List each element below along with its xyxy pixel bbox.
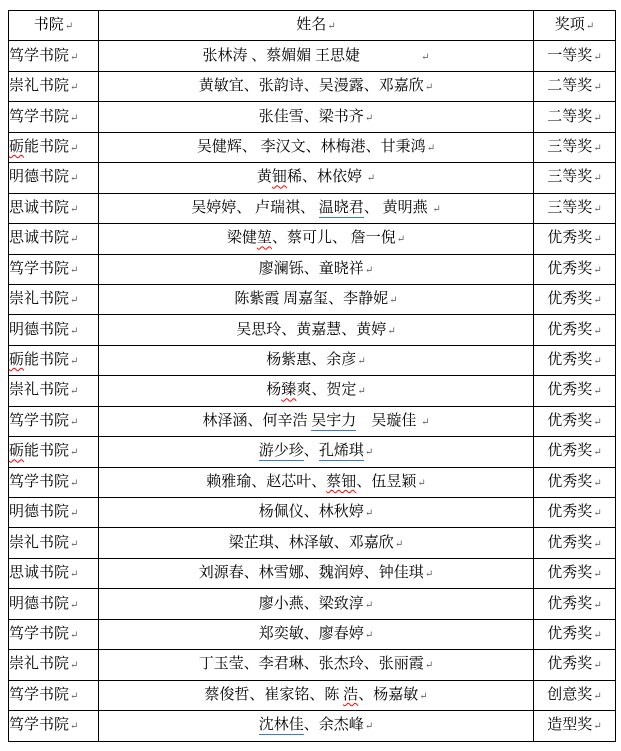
name-segment: 吴思玲、黄嘉慧、黄婷	[236, 322, 386, 338]
names-text: 杨臻爽、贺定	[266, 382, 356, 398]
college-text: 崇礼书院	[9, 382, 69, 398]
table-row: 崇礼书院↵ 梁芷琪、林泽敏、邓嘉欣↵ 优秀奖↵	[9, 528, 616, 558]
award-text: 一等奖	[547, 48, 592, 64]
awards-table-header: 书院↵ 姓名↵ 奖项↵	[9, 11, 616, 41]
name-segment-red: 钿	[272, 169, 287, 185]
name-segment: 、	[304, 443, 319, 459]
award-cell: 优秀奖↵	[534, 345, 616, 375]
paragraph-mark-icon: ↵	[70, 234, 78, 245]
table-row: 笃学书院↵ 蔡俊哲、崔家铭、陈 浩、杨嘉敏↵ 创意奖↵	[9, 680, 616, 710]
paragraph-mark-icon: ↵	[367, 173, 375, 184]
name-segment: 吴健辉、 李汉文、林梅港、甘秉鸿	[197, 139, 426, 155]
college-cell: 明德书院↵	[9, 589, 99, 619]
name-segment: 刘源春、林雪娜、魏润婷、钟佳琪	[199, 565, 424, 581]
names-cell: 杨佩仪、林秋婷↵	[99, 498, 534, 528]
paragraph-mark-icon: ↵	[593, 52, 601, 63]
name-segment: 明德书院	[9, 596, 69, 612]
award-text: 三等奖	[547, 139, 592, 155]
name-segment: 能书院	[24, 443, 69, 459]
college-text: 明德书院	[9, 169, 69, 185]
paragraph-mark-icon: ↵	[365, 447, 373, 458]
name-segment: 思诚书院	[9, 200, 69, 216]
paragraph-mark-icon: ↵	[427, 143, 435, 154]
college-text: 笃学书院	[9, 261, 69, 277]
paragraph-mark-icon: ↵	[70, 326, 78, 337]
name-segment: 崇礼书院	[9, 382, 69, 398]
names-cell: 蔡俊哲、崔家铭、陈 浩、杨嘉敏↵	[99, 680, 534, 710]
table-row: 明德书院↵ 廖小燕、梁致淳↵ 优秀奖↵	[9, 589, 616, 619]
paragraph-mark-icon: ↵	[593, 417, 601, 428]
name-segment: 张佳雪、梁书齐	[259, 109, 364, 125]
college-cell: 笃学书院↵	[9, 711, 99, 741]
paragraph-mark-icon: ↵	[593, 295, 601, 306]
paragraph-mark-icon: ↵	[327, 21, 335, 32]
award-text: 优秀奖	[547, 443, 592, 459]
name-segment: 笃学书院	[9, 717, 69, 733]
paragraph-mark-icon: ↵	[70, 478, 78, 489]
table-row: 崇礼书院↵ 丁玉莹、李君琳、张杰玲、张丽霞↵ 优秀奖↵	[9, 650, 616, 680]
name-segment: 笃学书院	[9, 687, 69, 703]
name-segment-red: 砺	[9, 443, 24, 459]
college-cell: 崇礼书院↵	[9, 376, 99, 406]
name-segment-blue: 孔烯琪	[319, 443, 364, 461]
name-segment: 、伍昱颖	[356, 474, 416, 490]
paragraph-mark-icon: ↵	[65, 21, 73, 32]
paragraph-mark-icon: ↵	[593, 630, 601, 641]
name-segment: 赖雅瑜、赵芯叶、	[206, 474, 326, 490]
college-text: 明德书院	[9, 322, 69, 338]
name-segment: 能书院	[24, 352, 69, 368]
award-cell: 优秀奖↵	[534, 589, 616, 619]
name-segment: 郑奕敏、廖春婷	[259, 626, 364, 642]
paragraph-mark-icon: ↵	[419, 691, 427, 702]
names-text: 陈紫霞 周嘉玺、李静妮	[234, 291, 388, 307]
names-cell: 丁玉莹、李君琳、张杰玲、张丽霞↵	[99, 650, 534, 680]
table-row: 笃学书院↵ 郑奕敏、廖春婷↵ 优秀奖↵	[9, 619, 616, 649]
paragraph-mark-icon: ↵	[70, 691, 78, 702]
name-segment-red: 臻	[281, 382, 296, 398]
header-award: 奖项↵	[534, 11, 616, 41]
college-text: 笃学书院	[9, 626, 69, 642]
paragraph-mark-icon: ↵	[593, 569, 601, 580]
name-segment: 黄敏宜、张韵诗、吴漫露、邓嘉欣	[199, 78, 424, 94]
name-segment: 、余杰峰	[304, 717, 364, 733]
names-cell: 郑奕敏、廖春婷↵	[99, 619, 534, 649]
paragraph-mark-icon: ↵	[593, 478, 601, 489]
college-text: 思诚书院	[9, 230, 69, 246]
names-cell: 陈紫霞 周嘉玺、李静妮↵	[99, 284, 534, 314]
paragraph-mark-icon: ↵	[70, 356, 78, 367]
name-segment: 笃学书院	[9, 474, 69, 490]
document-page: 书院↵ 姓名↵ 奖项↵ 笃学书院↵ 张林涛 、蔡媚媚 王思婕 ↵ 一等奖↵ 崇礼…	[0, 0, 621, 751]
names-text: 廖小燕、梁致淳	[259, 596, 364, 612]
paragraph-mark-icon: ↵	[70, 569, 78, 580]
name-segment: 笃学书院	[9, 261, 69, 277]
award-cell: 优秀奖↵	[534, 315, 616, 345]
name-segment: 蔡俊哲、崔家铭、陈	[204, 687, 343, 703]
name-segment: 廖澜铄、童晓祥	[259, 261, 364, 277]
table-row: 明德书院↵ 黄钿稀、林依婷 ↵ 三等奖↵	[9, 163, 616, 193]
names-cell: 张佳雪、梁书齐↵	[99, 102, 534, 132]
award-text: 优秀奖	[547, 504, 592, 520]
award-text: 优秀奖	[547, 261, 592, 277]
table-row: 崇礼书院↵ 黄敏宜、张韵诗、吴漫露、邓嘉欣↵ 二等奖↵	[9, 71, 616, 101]
paragraph-mark-icon: ↵	[593, 539, 601, 550]
college-text: 砺能书院	[9, 139, 69, 155]
award-cell: 优秀奖↵	[534, 558, 616, 588]
names-text: 郑奕敏、廖春婷	[259, 626, 364, 642]
award-cell: 优秀奖↵	[534, 467, 616, 497]
name-segment-red: 砺	[9, 139, 24, 155]
table-row: 明德书院↵ 吴思玲、黄嘉慧、黄婷↵ 优秀奖↵	[9, 315, 616, 345]
college-cell: 砺能书院↵	[9, 437, 99, 467]
paragraph-mark-icon: ↵	[387, 326, 395, 337]
college-text: 砺能书院	[9, 443, 69, 459]
name-segment: 林泽涵、何辛浩	[203, 413, 312, 429]
names-cell: 吴思玲、黄嘉慧、黄婷↵	[99, 315, 534, 345]
name-segment: 丁玉莹、李君琳、张杰玲、张丽霞	[199, 656, 424, 672]
college-cell: 思诚书院↵	[9, 193, 99, 223]
award-cell: 三等奖↵	[534, 163, 616, 193]
college-text: 崇礼书院	[9, 535, 69, 551]
award-cell: 优秀奖↵	[534, 650, 616, 680]
paragraph-mark-icon: ↵	[593, 173, 601, 184]
table-row: 笃学书院↵ 廖澜铄、童晓祥↵ 优秀奖↵	[9, 254, 616, 284]
names-text: 黄钿稀、林依婷	[257, 169, 366, 185]
paragraph-mark-icon: ↵	[421, 52, 429, 63]
paragraph-mark-icon: ↵	[70, 113, 78, 124]
paragraph-mark-icon: ↵	[70, 600, 78, 611]
award-cell: 优秀奖↵	[534, 528, 616, 558]
college-text: 明德书院	[9, 596, 69, 612]
award-text: 创意奖	[547, 687, 592, 703]
award-text: 优秀奖	[547, 626, 592, 642]
names-cell: 梁健堃、蔡可儿、 詹一倪↵	[99, 224, 534, 254]
names-cell: 廖小燕、梁致淳↵	[99, 589, 534, 619]
header-award-label: 奖项	[555, 17, 585, 33]
college-text: 明德书院	[9, 504, 69, 520]
table-row: 思诚书院↵ 刘源春、林雪娜、魏润婷、钟佳琪↵ 优秀奖↵	[9, 558, 616, 588]
name-segment: 笃学书院	[9, 626, 69, 642]
college-text: 笃学书院	[9, 717, 69, 733]
name-segment: 笃学书院	[9, 413, 69, 429]
table-row: 砺能书院↵ 游少珍、孔烯琪↵ 优秀奖↵	[9, 437, 616, 467]
award-text: 优秀奖	[547, 291, 592, 307]
names-text: 梁芷琪、林泽敏、邓嘉欣	[229, 535, 394, 551]
names-text: 丁玉莹、李君琳、张杰玲、张丽霞	[199, 656, 424, 672]
award-cell: 优秀奖↵	[534, 376, 616, 406]
name-segment-red: 浩	[343, 687, 358, 703]
college-cell: 明德书院↵	[9, 498, 99, 528]
names-cell: 张林涛 、蔡媚媚 王思婕 ↵	[99, 41, 534, 71]
college-text: 崇礼书院	[9, 291, 69, 307]
award-text: 优秀奖	[547, 382, 592, 398]
college-cell: 思诚书院↵	[9, 558, 99, 588]
paragraph-mark-icon: ↵	[593, 660, 601, 671]
names-cell: 赖雅瑜、赵芯叶、蔡钿、伍昱颖↵	[99, 467, 534, 497]
award-cell: 优秀奖↵	[534, 498, 616, 528]
name-segment-blue: 沈林佳	[259, 717, 304, 735]
name-segment-blue: 温晓君	[319, 200, 364, 218]
names-cell: 黄钿稀、林依婷 ↵	[99, 163, 534, 193]
college-cell: 笃学书院↵	[9, 467, 99, 497]
college-cell: 笃学书院↵	[9, 406, 99, 436]
award-text: 优秀奖	[547, 230, 592, 246]
award-text: 优秀奖	[547, 535, 592, 551]
name-segment: 崇礼书院	[9, 535, 69, 551]
awards-table: 书院↵ 姓名↵ 奖项↵ 笃学书院↵ 张林涛 、蔡媚媚 王思婕 ↵ 一等奖↵ 崇礼…	[8, 10, 616, 742]
name-segment: 、杨嘉敏	[358, 687, 418, 703]
paragraph-mark-icon: ↵	[593, 356, 601, 367]
college-text: 笃学书院	[9, 413, 69, 429]
award-text: 优秀奖	[547, 565, 592, 581]
name-segment: 思诚书院	[9, 565, 69, 581]
name-segment: 能书院	[24, 139, 69, 155]
names-text: 游少珍、孔烯琪	[259, 443, 364, 461]
paragraph-mark-icon: ↵	[365, 113, 373, 124]
award-cell: 二等奖↵	[534, 71, 616, 101]
table-row: 笃学书院↵ 赖雅瑜、赵芯叶、蔡钿、伍昱颖↵ 优秀奖↵	[9, 467, 616, 497]
college-cell: 崇礼书院↵	[9, 71, 99, 101]
paragraph-mark-icon: ↵	[365, 721, 373, 732]
names-text: 张佳雪、梁书齐	[259, 109, 364, 125]
college-text: 笃学书院	[9, 48, 69, 64]
names-cell: 吴健辉、 李汉文、林梅港、甘秉鸿↵	[99, 132, 534, 162]
paragraph-mark-icon: ↵	[593, 143, 601, 154]
college-cell: 砺能书院↵	[9, 345, 99, 375]
name-segment-red: 蔡钿	[326, 474, 356, 490]
college-cell: 崇礼书院↵	[9, 284, 99, 314]
table-row: 思诚书院↵ 梁健堃、蔡可儿、 詹一倪↵ 优秀奖↵	[9, 224, 616, 254]
paragraph-mark-icon: ↵	[70, 417, 78, 428]
paragraph-mark-icon: ↵	[70, 386, 78, 397]
names-cell: 沈林佳、余杰峰↵	[99, 711, 534, 741]
table-row: 思诚书院↵ 吴婷婷、 卢瑞祺、 温晓君、 黄明燕 ↵ 三等奖↵	[9, 193, 616, 223]
award-cell: 三等奖↵	[534, 132, 616, 162]
names-cell: 吴婷婷、 卢瑞祺、 温晓君、 黄明燕 ↵	[99, 193, 534, 223]
name-segment: 、蔡可儿、 詹一倪	[272, 230, 396, 246]
awards-table-body: 笃学书院↵ 张林涛 、蔡媚媚 王思婕 ↵ 一等奖↵ 崇礼书院↵ 黄敏宜、张韵诗、…	[9, 41, 616, 741]
award-text: 三等奖	[547, 169, 592, 185]
name-segment: 笃学书院	[9, 48, 69, 64]
name-segment: 思诚书院	[9, 230, 69, 246]
name-segment: 杨紫惠、余彦	[266, 352, 356, 368]
award-cell: 优秀奖↵	[534, 619, 616, 649]
paragraph-mark-icon: ↵	[593, 326, 601, 337]
award-cell: 一等奖↵	[534, 41, 616, 71]
table-row: 砺能书院↵ 杨紫惠、余彦↵ 优秀奖↵	[9, 345, 616, 375]
college-cell: 明德书院↵	[9, 163, 99, 193]
college-cell: 笃学书院↵	[9, 619, 99, 649]
college-cell: 崇礼书院↵	[9, 650, 99, 680]
paragraph-mark-icon: ↵	[70, 204, 78, 215]
award-cell: 二等奖↵	[534, 102, 616, 132]
header-names: 姓名↵	[99, 11, 534, 41]
award-text: 二等奖	[547, 109, 592, 125]
names-cell: 林泽涵、何辛浩 吴宇力 吴璇佳 ↵	[99, 406, 534, 436]
college-text: 崇礼书院	[9, 78, 69, 94]
award-cell: 三等奖↵	[534, 193, 616, 223]
table-row: 笃学书院↵ 沈林佳、余杰峰↵ 造型奖↵	[9, 711, 616, 741]
award-text: 二等奖	[547, 78, 592, 94]
names-cell: 梁芷琪、林泽敏、邓嘉欣↵	[99, 528, 534, 558]
name-segment: 梁健	[227, 230, 257, 246]
names-text: 赖雅瑜、赵芯叶、蔡钿、伍昱颖	[206, 474, 416, 490]
name-segment: 吴璇佳	[356, 413, 420, 429]
names-text: 张林涛 、蔡媚媚 王思婕	[203, 48, 421, 64]
table-row: 笃学书院↵ 张林涛 、蔡媚媚 王思婕 ↵ 一等奖↵	[9, 41, 616, 71]
names-text: 吴健辉、 李汉文、林梅港、甘秉鸿	[197, 139, 426, 155]
paragraph-mark-icon: ↵	[357, 386, 365, 397]
college-text: 笃学书院	[9, 474, 69, 490]
college-cell: 明德书院↵	[9, 315, 99, 345]
award-cell: 优秀奖↵	[534, 437, 616, 467]
college-text: 砺能书院	[9, 352, 69, 368]
paragraph-mark-icon: ↵	[70, 295, 78, 306]
names-text: 廖澜铄、童晓祥	[259, 261, 364, 277]
paragraph-mark-icon: ↵	[425, 660, 433, 671]
table-row: 笃学书院↵ 张佳雪、梁书齐↵ 二等奖↵	[9, 102, 616, 132]
name-segment-blue: 游少珍	[259, 443, 304, 461]
names-text: 梁健堃、蔡可儿、 詹一倪	[227, 230, 396, 246]
paragraph-mark-icon: ↵	[357, 356, 365, 367]
award-text: 优秀奖	[547, 474, 592, 490]
name-segment: 吴婷婷、 卢瑞祺、	[191, 200, 319, 216]
names-text: 林泽涵、何辛浩 吴宇力 吴璇佳	[203, 413, 421, 431]
award-text: 优秀奖	[547, 322, 592, 338]
header-names-label: 姓名	[296, 17, 326, 33]
college-cell: 崇礼书院↵	[9, 528, 99, 558]
paragraph-mark-icon: ↵	[365, 508, 373, 519]
table-row: 崇礼书院↵ 杨臻爽、贺定↵ 优秀奖↵	[9, 376, 616, 406]
paragraph-mark-icon: ↵	[70, 721, 78, 732]
name-segment: 张林涛 、蔡媚媚 王思婕	[203, 48, 421, 64]
names-cell: 黄敏宜、张韵诗、吴漫露、邓嘉欣↵	[99, 71, 534, 101]
table-row: 崇礼书院↵ 陈紫霞 周嘉玺、李静妮↵ 优秀奖↵	[9, 284, 616, 314]
award-text: 优秀奖	[547, 413, 592, 429]
award-text: 优秀奖	[547, 656, 592, 672]
college-cell: 笃学书院↵	[9, 680, 99, 710]
paragraph-mark-icon: ↵	[586, 21, 594, 32]
paragraph-mark-icon: ↵	[70, 265, 78, 276]
award-text: 优秀奖	[547, 352, 592, 368]
award-text: 三等奖	[547, 200, 592, 216]
name-segment: 崇礼书院	[9, 78, 69, 94]
names-cell: 廖澜铄、童晓祥↵	[99, 254, 534, 284]
paragraph-mark-icon: ↵	[365, 630, 373, 641]
paragraph-mark-icon: ↵	[70, 539, 78, 550]
college-text: 崇礼书院	[9, 656, 69, 672]
paragraph-mark-icon: ↵	[593, 691, 601, 702]
college-text: 思诚书院	[9, 200, 69, 216]
paragraph-mark-icon: ↵	[593, 600, 601, 611]
paragraph-mark-icon: ↵	[70, 143, 78, 154]
award-cell: 造型奖↵	[534, 711, 616, 741]
award-cell: 优秀奖↵	[534, 406, 616, 436]
paragraph-mark-icon: ↵	[397, 234, 405, 245]
name-segment: 黄	[257, 169, 272, 185]
name-segment: 崇礼书院	[9, 656, 69, 672]
paragraph-mark-icon: ↵	[395, 539, 403, 550]
college-cell: 笃学书院↵	[9, 41, 99, 71]
name-segment: 杨佩仪、林秋婷	[259, 504, 364, 520]
college-cell: 笃学书院↵	[9, 254, 99, 284]
names-text: 沈林佳、余杰峰	[259, 717, 364, 735]
names-cell: 游少珍、孔烯琪↵	[99, 437, 534, 467]
name-segment: 笃学书院	[9, 109, 69, 125]
name-segment-blue: 吴宇力	[311, 413, 356, 431]
name-segment: 梁芷琪、林泽敏、邓嘉欣	[229, 535, 394, 551]
college-cell: 思诚书院↵	[9, 224, 99, 254]
name-segment-red: 堃	[257, 230, 272, 246]
table-row: 明德书院↵ 杨佩仪、林秋婷↵ 优秀奖↵	[9, 498, 616, 528]
names-text: 蔡俊哲、崔家铭、陈 浩、杨嘉敏	[204, 687, 418, 703]
paragraph-mark-icon: ↵	[70, 82, 78, 93]
name-segment: 爽、贺定	[296, 382, 356, 398]
paragraph-mark-icon: ↵	[70, 508, 78, 519]
college-text: 思诚书院	[9, 565, 69, 581]
paragraph-mark-icon: ↵	[365, 600, 373, 611]
header-college: 书院↵	[9, 11, 99, 41]
paragraph-mark-icon: ↵	[70, 173, 78, 184]
college-text: 笃学书院	[9, 109, 69, 125]
table-row: 砺能书院↵ 吴健辉、 李汉文、林梅港、甘秉鸿↵ 三等奖↵	[9, 132, 616, 162]
name-segment: 稀、林依婷	[287, 169, 366, 185]
college-cell: 砺能书院↵	[9, 132, 99, 162]
award-text: 优秀奖	[547, 596, 592, 612]
paragraph-mark-icon: ↵	[425, 569, 433, 580]
names-cell: 杨紫惠、余彦↵	[99, 345, 534, 375]
award-cell: 优秀奖↵	[534, 224, 616, 254]
paragraph-mark-icon: ↵	[593, 113, 601, 124]
award-cell: 创意奖↵	[534, 680, 616, 710]
paragraph-mark-icon: ↵	[70, 52, 78, 63]
paragraph-mark-icon: ↵	[593, 265, 601, 276]
paragraph-mark-icon: ↵	[593, 204, 601, 215]
names-text: 刘源春、林雪娜、魏润婷、钟佳琪	[199, 565, 424, 581]
award-cell: 优秀奖↵	[534, 254, 616, 284]
paragraph-mark-icon: ↵	[389, 295, 397, 306]
paragraph-mark-icon: ↵	[70, 630, 78, 641]
paragraph-mark-icon: ↵	[593, 508, 601, 519]
paragraph-mark-icon: ↵	[70, 660, 78, 671]
paragraph-mark-icon: ↵	[365, 265, 373, 276]
paragraph-mark-icon: ↵	[593, 234, 601, 245]
name-segment-red: 砺	[9, 352, 24, 368]
names-text: 吴思玲、黄嘉慧、黄婷	[236, 322, 386, 338]
names-text: 吴婷婷、 卢瑞祺、 温晓君、 黄明燕	[191, 200, 431, 218]
name-segment: 明德书院	[9, 322, 69, 338]
name-segment: 陈紫霞 周嘉玺、李静妮	[234, 291, 388, 307]
paragraph-mark-icon: ↵	[70, 447, 78, 458]
header-row: 书院↵ 姓名↵ 奖项↵	[9, 11, 616, 41]
paragraph-mark-icon: ↵	[432, 204, 440, 215]
name-segment: 、 黄明燕	[364, 200, 432, 216]
award-text: 造型奖	[547, 717, 592, 733]
name-segment: 崇礼书院	[9, 291, 69, 307]
paragraph-mark-icon: ↵	[593, 386, 601, 397]
paragraph-mark-icon: ↵	[593, 82, 601, 93]
names-cell: 刘源春、林雪娜、魏润婷、钟佳琪↵	[99, 558, 534, 588]
paragraph-mark-icon: ↵	[425, 82, 433, 93]
names-text: 杨佩仪、林秋婷	[259, 504, 364, 520]
paragraph-mark-icon: ↵	[417, 478, 425, 489]
award-cell: 优秀奖↵	[534, 284, 616, 314]
names-text: 黄敏宜、张韵诗、吴漫露、邓嘉欣	[199, 78, 424, 94]
name-segment: 廖小燕、梁致淳	[259, 596, 364, 612]
college-cell: 笃学书院↵	[9, 102, 99, 132]
college-text: 笃学书院	[9, 687, 69, 703]
